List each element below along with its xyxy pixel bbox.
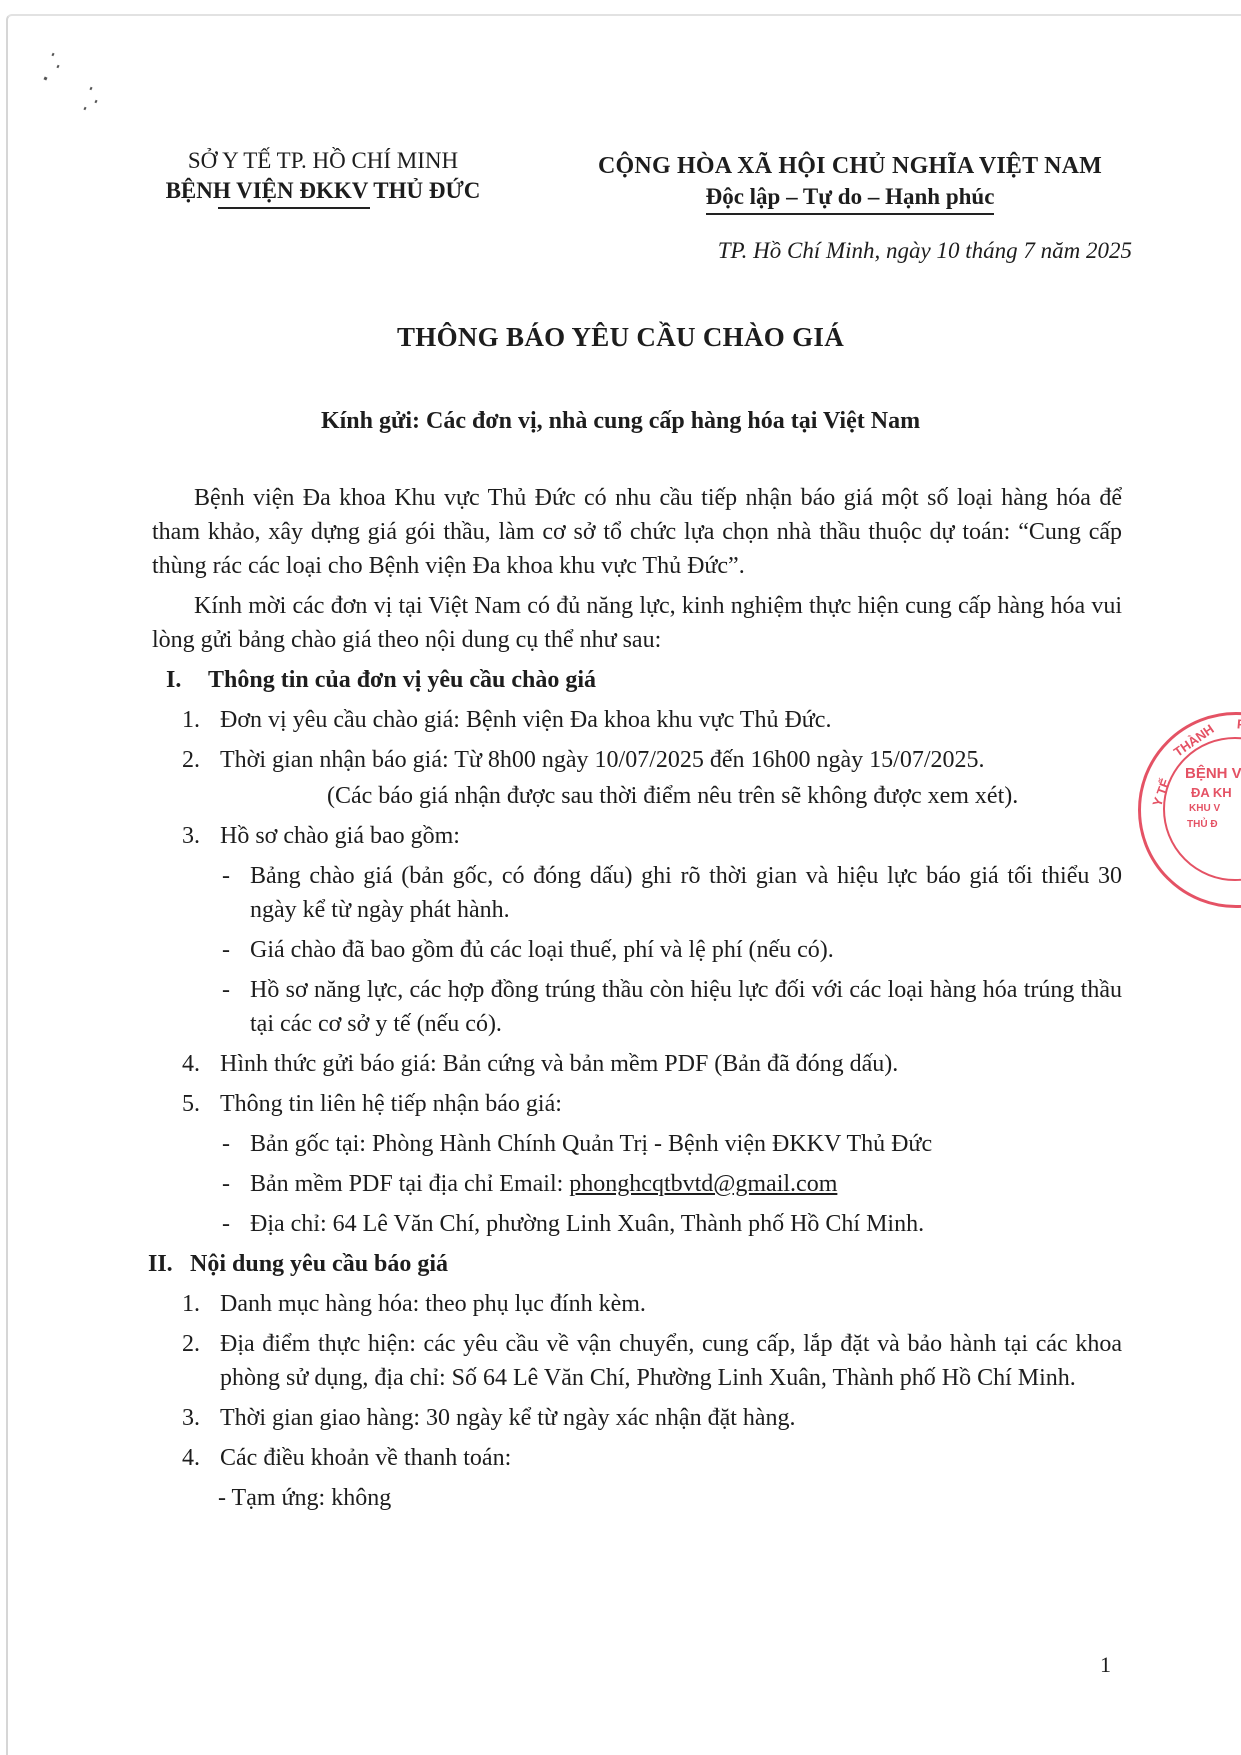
- sub-item: -Bản gốc tại: Phòng Hành Chính Quản Trị …: [222, 1127, 1122, 1161]
- date-line: TP. Hồ Chí Minh, ngày 10 tháng 7 năm 202…: [620, 238, 1132, 264]
- sub-item: -Giá chào đã bao gồm đủ các loại thuế, p…: [222, 933, 1122, 967]
- sub-item: -Bảng chào giá (bản gốc, có đóng dấu) gh…: [222, 859, 1122, 927]
- intro-paragraph: Bệnh viện Đa khoa Khu vực Thủ Đức có nhu…: [152, 481, 1122, 583]
- agency-underline: [218, 207, 370, 209]
- recipient-line: Kính gửi: Các đơn vị, nhà cung cấp hàng …: [0, 408, 1241, 435]
- list-item: 3.Thời gian giao hàng: 30 ngày kể từ ngà…: [182, 1401, 1122, 1435]
- section-2-list: 1.Danh mục hàng hóa: theo phụ lục đính k…: [152, 1287, 1122, 1515]
- agency-parent: SỞ Y TẾ TP. HỒ CHÍ MINH: [138, 146, 508, 176]
- deadline-note: (Các báo giá nhận được sau thời điểm nêu…: [182, 779, 1122, 813]
- national-motto-block: CỘNG HÒA XÃ HỘI CHỦ NGHĨA VIỆT NAM Độc l…: [570, 150, 1130, 215]
- list-item: 2.Địa điểm thực hiện: các yêu cầu về vận…: [182, 1327, 1122, 1395]
- list-item: 3.Hồ sơ chào giá bao gồm:: [182, 819, 1122, 853]
- invitation-paragraph: Kính mời các đơn vị tại Việt Nam có đủ n…: [152, 589, 1122, 657]
- list-item: 4.Hình thức gửi báo giá: Bản cứng và bản…: [182, 1047, 1122, 1081]
- issuing-agency-block: SỞ Y TẾ TP. HỒ CHÍ MINH BỆNH VIỆN ĐKKV T…: [138, 146, 508, 209]
- country-name: CỘNG HÒA XÃ HỘI CHỦ NGHĨA VIỆT NAM: [570, 150, 1130, 182]
- document-body: Bệnh viện Đa khoa Khu vực Thủ Đức có nhu…: [152, 481, 1122, 1515]
- section-1-heading: I.Thông tin của đơn vị yêu cầu chào giá: [152, 663, 1122, 697]
- document-title: THÔNG BÁO YÊU CẦU CHÀO GIÁ: [0, 322, 1241, 353]
- section-2-heading: II.Nội dung yêu cầu báo giá: [148, 1247, 1122, 1281]
- list-item: 1.Danh mục hàng hóa: theo phụ lục đính k…: [182, 1287, 1122, 1321]
- sub-item: -Bản mềm PDF tại địa chỉ Email: phonghcq…: [222, 1167, 1122, 1201]
- contact-sublist: -Bản gốc tại: Phòng Hành Chính Quản Trị …: [182, 1127, 1122, 1241]
- motto: Độc lập – Tự do – Hạnh phúc: [706, 182, 995, 215]
- agency-name: BỆNH VIỆN ĐKKV THỦ ĐỨC: [138, 176, 508, 206]
- list-item: 5.Thông tin liên hệ tiếp nhận báo giá:: [182, 1087, 1122, 1121]
- section-1-list: 1.Đơn vị yêu cầu chào giá: Bệnh viện Đa …: [152, 703, 1122, 1241]
- list-item: 1.Đơn vị yêu cầu chào giá: Bệnh viện Đa …: [182, 703, 1122, 737]
- sub-item: -Hồ sơ năng lực, các hợp đồng trúng thầu…: [222, 973, 1122, 1041]
- list-item: 2.Thời gian nhận báo giá: Từ 8h00 ngày 1…: [182, 743, 1122, 777]
- payment-advance: - Tạm ứng: không: [182, 1481, 1122, 1515]
- page-number: 1: [1100, 1652, 1111, 1678]
- quote-docs-sublist: -Bảng chào giá (bản gốc, có đóng dấu) gh…: [182, 859, 1122, 1041]
- list-item: 4.Các điều khoản về thanh toán:: [182, 1441, 1122, 1475]
- sub-item: -Địa chỉ: 64 Lê Văn Chí, phường Linh Xuâ…: [222, 1207, 1122, 1241]
- email-link[interactable]: phonghcqtbvtd@gmail.com: [569, 1171, 837, 1197]
